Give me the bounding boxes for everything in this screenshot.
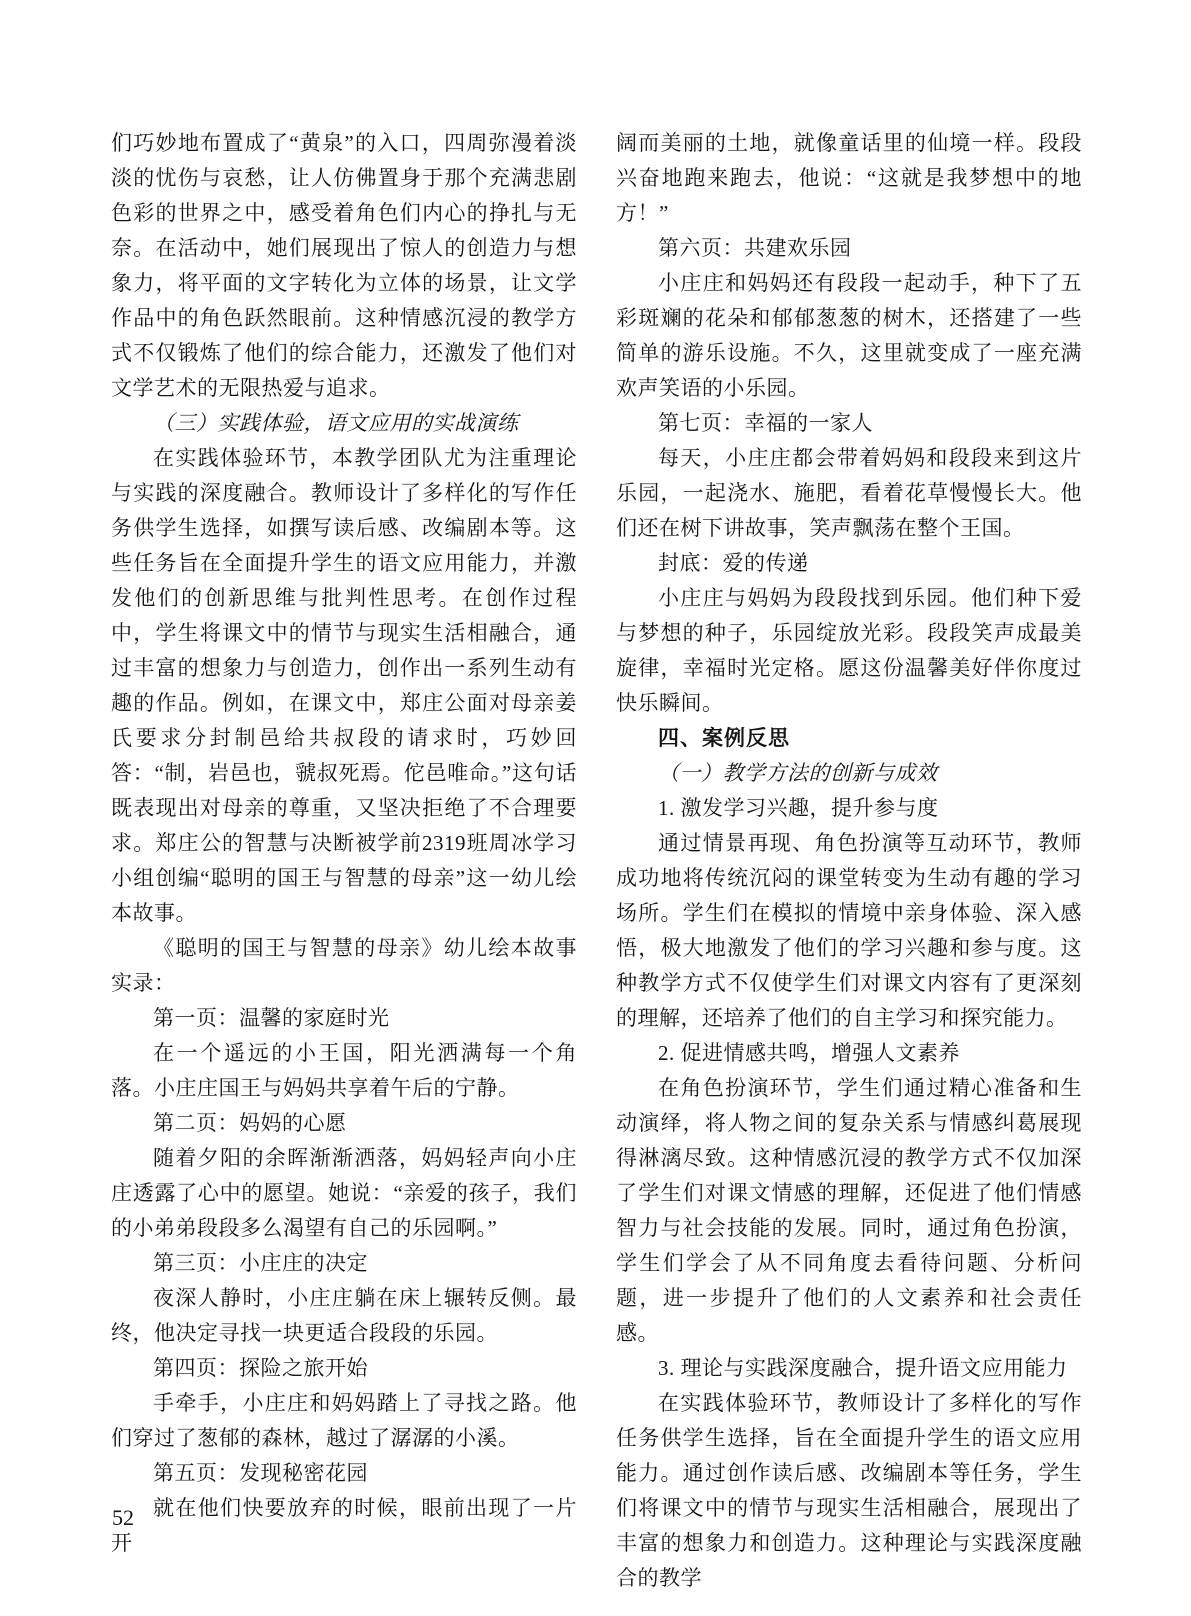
- paragraph: 第二页：妈妈的心愿: [111, 1106, 577, 1141]
- paragraph: 每天，小庄庄都会带着妈妈和段段来到这片乐园，一起浇水、施肥，看着花草慢慢长大。他…: [616, 441, 1082, 546]
- paragraph: 手牵手，小庄庄和妈妈踏上了寻找之路。他们穿过了葱郁的森林，越过了潺潺的小溪。: [111, 1386, 577, 1456]
- paragraph: 阔而美丽的土地，就像童话里的仙境一样。段段兴奋地跑来跑去，他说：“这就是我梦想中…: [616, 126, 1082, 231]
- paragraph: 第四页：探险之旅开始: [111, 1351, 577, 1386]
- page-number: 52: [112, 1505, 134, 1531]
- paragraph: 夜深人静时，小庄庄躺在床上辗转反侧。最终，他决定寻找一块更适合段段的乐园。: [111, 1281, 577, 1351]
- paragraph: 们巧妙地布置成了“黄泉”的入口，四周弥漫着淡淡的忧伤与哀愁，让人仿佛置身于那个充…: [111, 126, 577, 406]
- paragraph: 在实践体验环节，教师设计了多样化的写作任务供学生选择，旨在全面提升学生的语文应用…: [616, 1386, 1082, 1596]
- paragraph: 第七页：幸福的一家人: [616, 406, 1082, 441]
- paragraph: 3. 理论与实践深度融合，提升语文应用能力: [616, 1351, 1082, 1386]
- paragraph: 小庄庄和妈妈还有段段一起动手，种下了五彩斑斓的花朵和郁郁葱葱的树木，还搭建了一些…: [616, 266, 1082, 406]
- document-page: 们巧妙地布置成了“黄泉”的入口，四周弥漫着淡淡的忧伤与哀愁，让人仿佛置身于那个充…: [0, 0, 1191, 1616]
- paragraph: 小庄庄与妈妈为段段找到乐园。他们种下爱与梦想的种子，乐园绽放光彩。段段笑声成最美…: [616, 581, 1082, 721]
- paragraph: 在实践体验环节，本教学团队尤为注重理论与实践的深度融合。教师设计了多样化的写作任…: [111, 441, 577, 931]
- paragraph: （一）教学方法的创新与成效: [616, 756, 1082, 791]
- paragraph: 2. 促进情感共鸣，增强人文素养: [616, 1036, 1082, 1071]
- paragraph: 第五页：发现秘密花园: [111, 1456, 577, 1491]
- paragraph: 四、案例反思: [616, 721, 1082, 756]
- paragraph: 在角色扮演环节，学生们通过精心准备和生动演绎，将人物之间的复杂关系与情感纠葛展现…: [616, 1071, 1082, 1351]
- left-column: 们巧妙地布置成了“黄泉”的入口，四周弥漫着淡淡的忧伤与哀愁，让人仿佛置身于那个充…: [111, 126, 577, 1561]
- paragraph: 就在他们快要放弃的时候，眼前出现了一片开: [111, 1491, 577, 1561]
- paragraph: 《聪明的国王与智慧的母亲》幼儿绘本故事实录：: [111, 931, 577, 1001]
- paragraph: 随着夕阳的余晖渐渐洒落，妈妈轻声向小庄庄透露了心中的愿望。她说：“亲爱的孩子，我…: [111, 1141, 577, 1246]
- paragraph: 通过情景再现、角色扮演等互动环节，教师成功地将传统沉闷的课堂转变为生动有趣的学习…: [616, 826, 1082, 1036]
- paragraph: 封底：爱的传递: [616, 546, 1082, 581]
- paragraph: 1. 激发学习兴趣，提升参与度: [616, 791, 1082, 826]
- paragraph: 第三页：小庄庄的决定: [111, 1246, 577, 1281]
- paragraph: 在一个遥远的小王国，阳光洒满每一个角落。小庄庄国王与妈妈共享着午后的宁静。: [111, 1036, 577, 1106]
- right-column: 阔而美丽的土地，就像童话里的仙境一样。段段兴奋地跑来跑去，他说：“这就是我梦想中…: [616, 126, 1082, 1596]
- paragraph: 第六页：共建欢乐园: [616, 231, 1082, 266]
- paragraph: （三）实践体验，语文应用的实战演练: [111, 406, 577, 441]
- paragraph: 第一页：温馨的家庭时光: [111, 1001, 577, 1036]
